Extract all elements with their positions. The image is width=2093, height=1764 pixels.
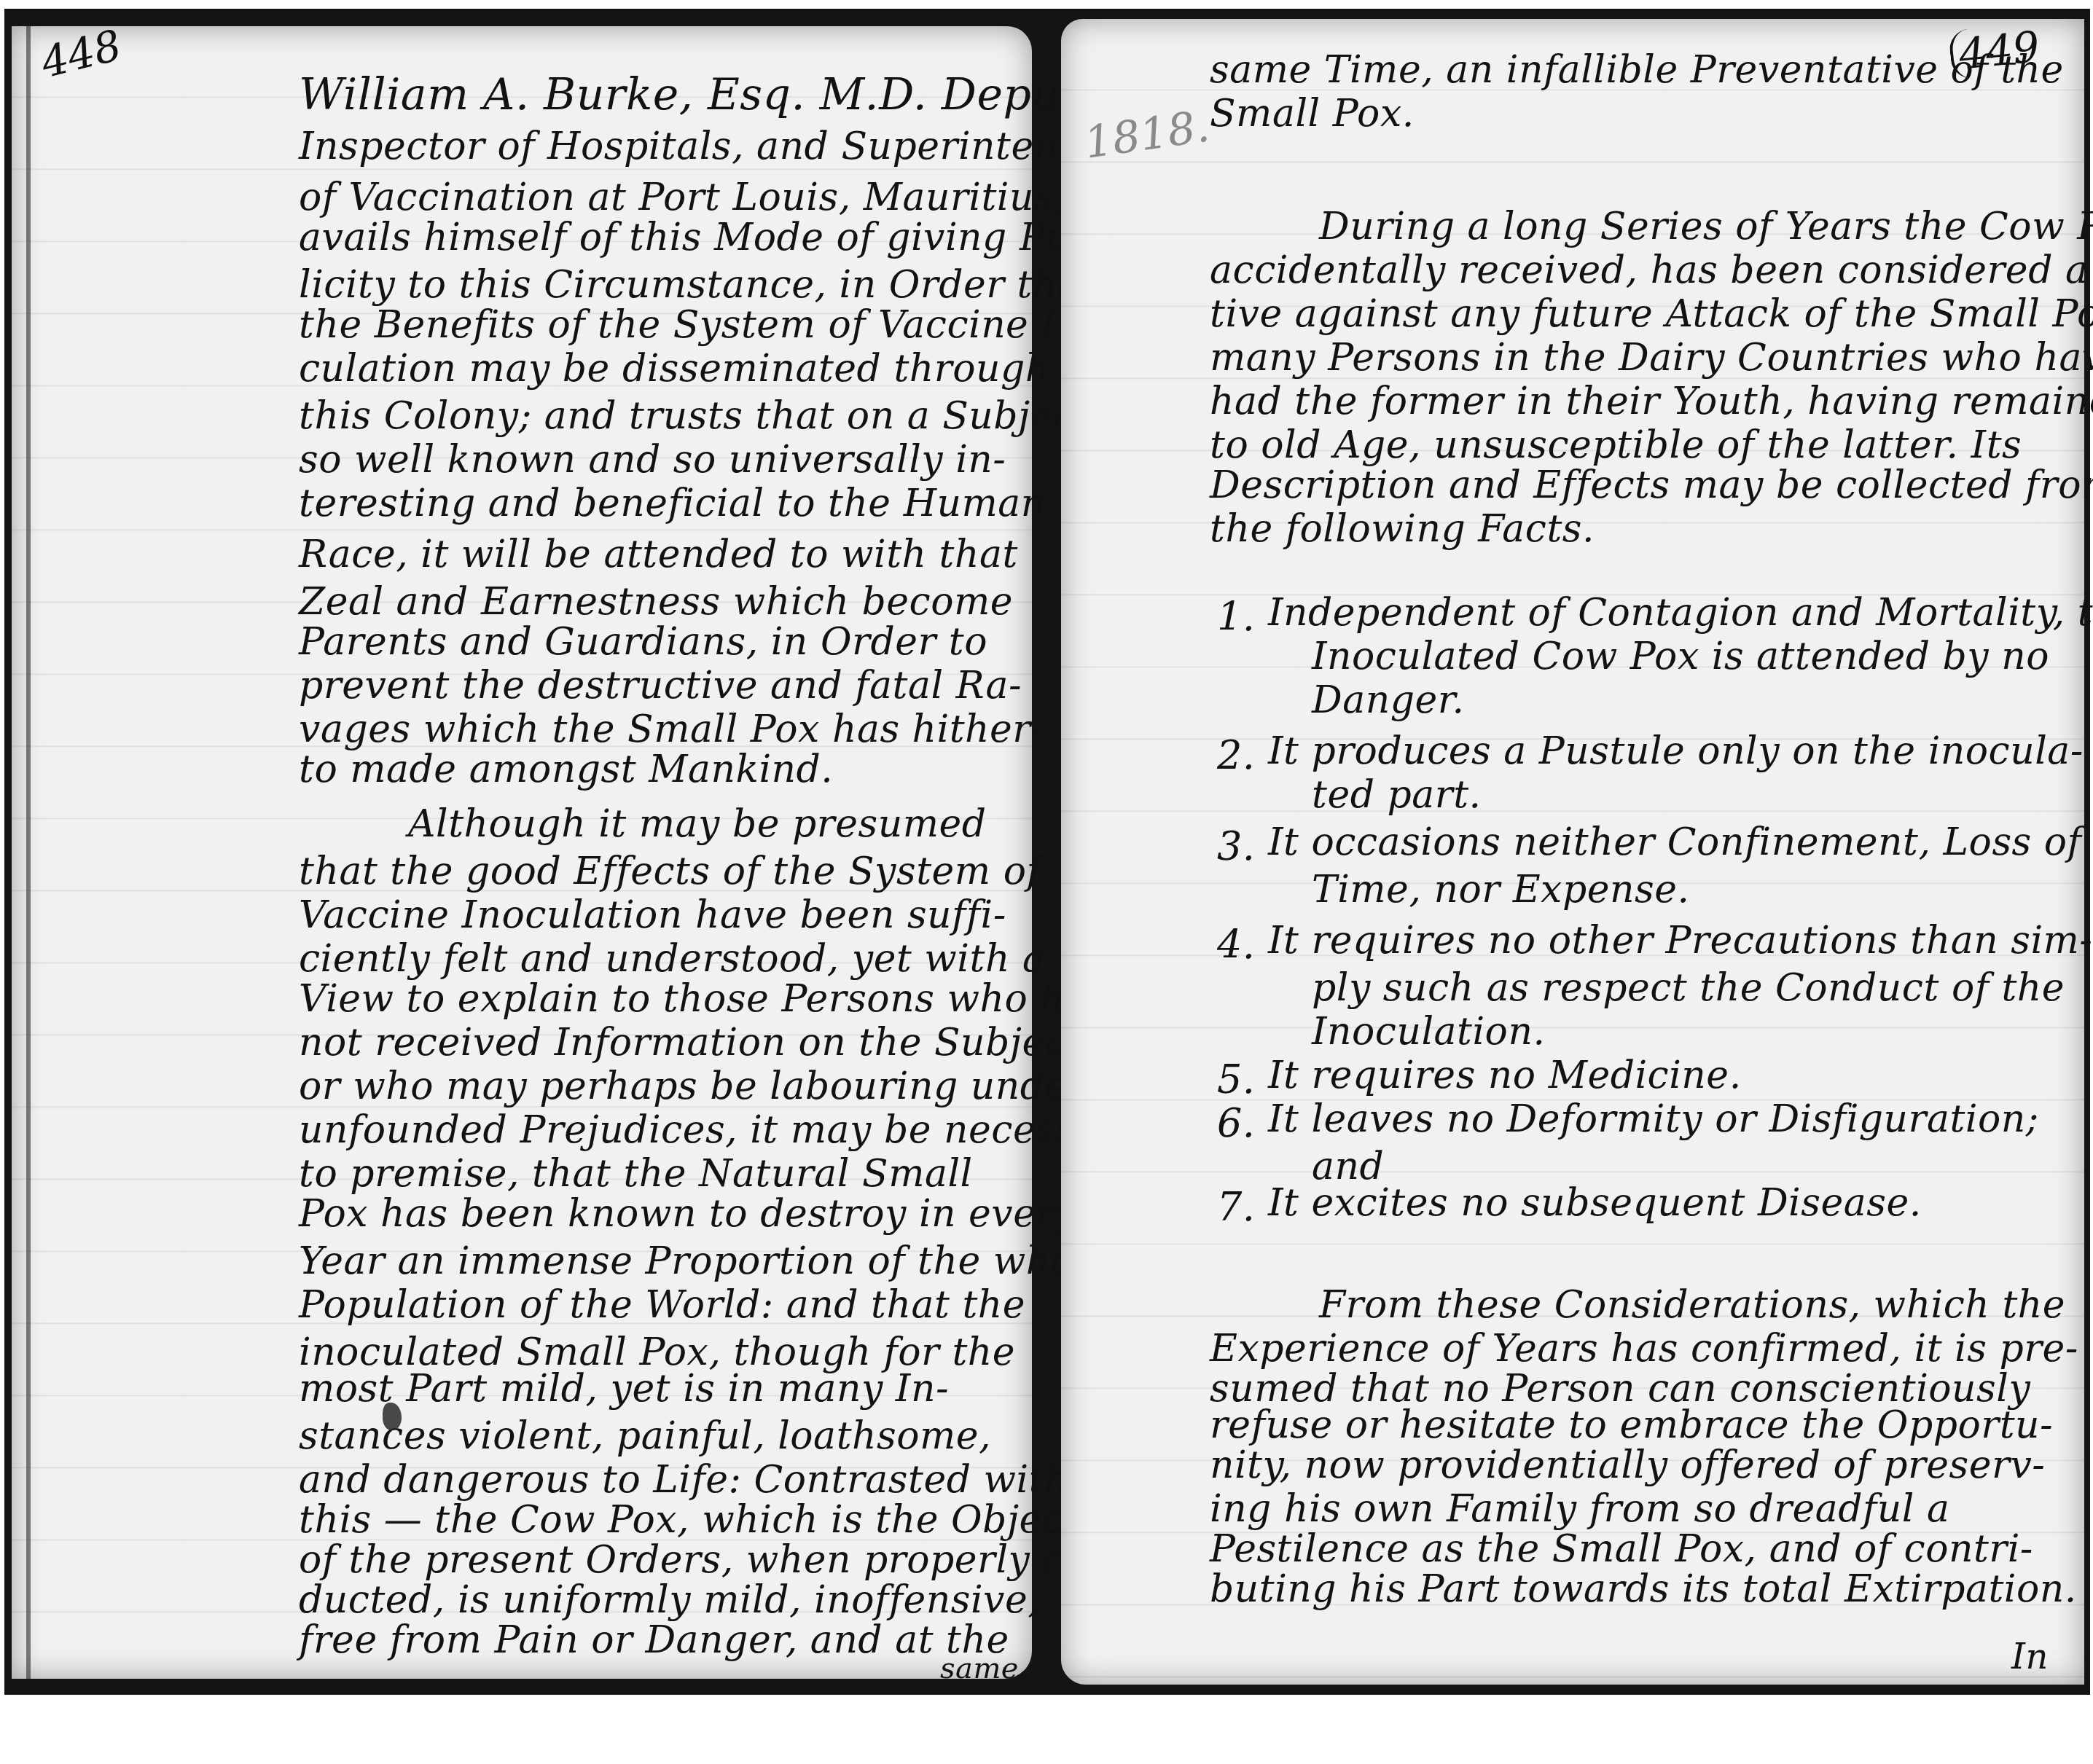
fact-line: Danger. bbox=[1312, 681, 1464, 719]
text-line: Vaccine Inoculation have been suffi- bbox=[299, 896, 1006, 934]
text-line: or who may perhaps be labouring under bbox=[299, 1067, 1086, 1105]
fact-line: It occasions neither Confinement, Loss o… bbox=[1268, 823, 2081, 861]
text-line: During a long Series of Years the Cow Po… bbox=[1319, 208, 2093, 246]
text-line: buting his Part towards its total Extirp… bbox=[1210, 1570, 2077, 1608]
left-catchword: same bbox=[940, 1654, 1019, 1683]
text-line: Although it may be presumed bbox=[408, 805, 987, 843]
text-line: Race, it will be attended to with that bbox=[299, 536, 1018, 573]
text-line: that the good Effects of the System of bbox=[299, 852, 1041, 890]
text-line: this Colony; and trusts that on a Subjec… bbox=[299, 397, 1090, 435]
right-catchword: In bbox=[2011, 1639, 2049, 1674]
text-line: Population of the World: and that the bbox=[299, 1286, 1025, 1324]
text-line: most Part mild, yet is in many In- bbox=[299, 1370, 949, 1408]
fact-number: 5. bbox=[1217, 1057, 1256, 1102]
text-line: tive against any future Attack of the Sm… bbox=[1210, 295, 2093, 333]
fact-number: 4. bbox=[1217, 922, 1256, 968]
text-line: to made amongst Mankind. bbox=[299, 750, 833, 788]
fact-line: ply such as respect the Conduct of the bbox=[1312, 969, 2065, 1007]
text-line: accidentally received, has been consider… bbox=[1210, 251, 2093, 289]
text-line: same Time, an infallible Preventative of… bbox=[1210, 51, 2064, 89]
text-line: of Vaccination at Port Louis, Mauritius, bbox=[299, 179, 1066, 216]
fact-line: ted part. bbox=[1312, 776, 1482, 814]
fact-number: 3. bbox=[1217, 823, 1256, 869]
left-page-edge bbox=[26, 26, 31, 1679]
text-line: Zeal and Earnestness which become bbox=[299, 583, 1013, 621]
text-line: unfounded Prejudices, it may be necessar… bbox=[299, 1111, 1138, 1149]
text-line: Pox has been known to destroy in every bbox=[299, 1195, 1076, 1233]
text-line: From these Considerations, which the bbox=[1319, 1286, 2065, 1324]
fact-number: 7. bbox=[1217, 1184, 1256, 1230]
text-line: to premise, that the Natural Small bbox=[299, 1155, 973, 1193]
text-line: Description and Effects may be collected… bbox=[1210, 466, 2093, 504]
text-line: Inspector of Hospitals, and Superintenda… bbox=[299, 128, 1146, 165]
fact-line: It requires no Medicine. bbox=[1268, 1057, 1742, 1094]
text-line: teresting and beneficial to the Human bbox=[299, 485, 1046, 522]
text-line: William A. Burke, Esq. M.D. Deputy bbox=[299, 73, 1103, 117]
fact-line: It produces a Pustule only on the inocul… bbox=[1268, 732, 2084, 770]
text-line: of the present Orders, when properly con… bbox=[299, 1541, 1125, 1579]
text-line: refuse or hesitate to embrace the Opport… bbox=[1210, 1406, 2053, 1444]
text-line: had the former in their Youth, having re… bbox=[1210, 383, 2093, 420]
text-line: ducted, is uniformly mild, inoffensive, bbox=[299, 1581, 1040, 1619]
text-line: this — the Cow Pox, which is the Object bbox=[299, 1501, 1079, 1539]
fact-line: Time, nor Expense. bbox=[1312, 871, 1689, 909]
text-line: ing his own Family from so dreadful a bbox=[1210, 1490, 1950, 1528]
fact-line: It requires no other Precautions than si… bbox=[1268, 922, 2092, 960]
text-line: nity, now providentially offered of pres… bbox=[1210, 1446, 2045, 1484]
text-line: licity to this Circumstance, in Order th… bbox=[299, 266, 1096, 304]
text-line: vages which the Small Pox has hither- bbox=[299, 710, 1044, 748]
fact-number: 6. bbox=[1217, 1100, 1256, 1146]
text-line: so well known and so universally in- bbox=[299, 441, 1006, 479]
text-line: the following Facts. bbox=[1210, 510, 1595, 548]
fact-line: Inoculated Cow Pox is attended by no bbox=[1312, 638, 2049, 675]
ink-blot bbox=[383, 1403, 402, 1430]
text-line: inoculated Small Pox, though for the bbox=[299, 1333, 1015, 1371]
fact-line: It leaves no Deformity or Disfiguration; bbox=[1268, 1100, 2039, 1138]
text-line: prevent the destructive and fatal Ra- bbox=[299, 667, 1022, 705]
text-line: Small Pox. bbox=[1210, 95, 1415, 133]
text-line: the Benefits of the System of Vaccine In… bbox=[299, 306, 1117, 344]
text-line: Pestilence as the Small Pox, and of cont… bbox=[1210, 1530, 2033, 1568]
text-line: culation may be disseminated through bbox=[299, 350, 1050, 388]
text-line: free from Pain or Danger, and at the bbox=[299, 1621, 1009, 1659]
text-line: avails himself of this Mode of giving Pu… bbox=[299, 219, 1108, 256]
text-line: View to explain to those Persons who hav… bbox=[299, 980, 1132, 1018]
fact-number: 2. bbox=[1217, 732, 1256, 778]
fact-line: and bbox=[1312, 1148, 1384, 1185]
text-line: Experience of Years has confirmed, it is… bbox=[1210, 1330, 2078, 1368]
text-line: stances violent, painful, loathsome, bbox=[299, 1417, 991, 1455]
fact-line: Inoculation. bbox=[1312, 1013, 1545, 1051]
text-line: to old Age, unsusceptible of the latter.… bbox=[1210, 426, 2022, 464]
text-line: Parents and Guardians, in Order to bbox=[299, 623, 987, 661]
fact-number: 1. bbox=[1217, 594, 1256, 640]
text-line: sumed that no Person can conscientiously bbox=[1210, 1370, 2030, 1408]
fact-line: Independent of Contagion and Mortality, … bbox=[1268, 594, 2093, 632]
text-line: not received Information on the Subject, bbox=[299, 1024, 1095, 1062]
text-line: ciently felt and understood, yet with a bbox=[299, 940, 1045, 978]
fact-line: It excites no subsequent Disease. bbox=[1268, 1184, 1922, 1222]
text-line: and dangerous to Life: Contrasted with bbox=[299, 1461, 1069, 1499]
text-line: Year an immense Proportion of the whole bbox=[299, 1242, 1109, 1280]
text-line: many Persons in the Dairy Countries who … bbox=[1210, 339, 2093, 377]
